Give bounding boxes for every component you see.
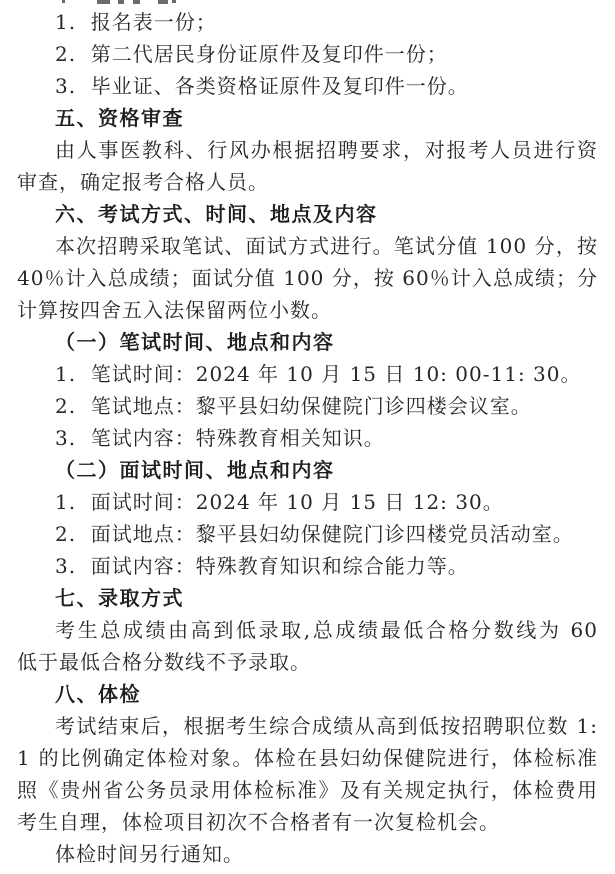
document-page: 1. 报名表一份； 2. 第二代居民身份证原件及复印件一份； 3. 毕业证、各类…	[0, 0, 615, 870]
para-physical-line-1: 考试结束后，根据考生综合成绩从高到低按招聘职位数 1:	[17, 710, 598, 742]
para-exam-line-2: 40％计入总成绩；面试分值 100 分，按 60％计入总成绩；分值	[17, 262, 598, 294]
interview-item-content: 3. 面试内容：特殊教育知识和综合能力等。	[55, 550, 598, 582]
written-exam-item-content: 3. 笔试内容：特殊教育相关知识。	[55, 422, 598, 454]
heading-exam-method: 六、考试方式、时间、地点及内容	[55, 198, 598, 230]
materials-item-3: 3. 毕业证、各类资格证原件及复印件一份。	[55, 70, 598, 102]
para-qualification-line-1: 由人事医教科、行风办根据招聘要求，对报考人员进行资格	[17, 134, 598, 166]
heading-physical-exam: 八、体检	[55, 678, 598, 710]
clipped-previous-line-fragment	[17, 0, 597, 4]
para-admission-line-2: 低于最低合格分数线不予录取。	[17, 646, 598, 678]
para-exam-line-3: 计算按四舍五入法保留两位小数。	[17, 294, 598, 326]
para-physical-line-3: 照《贵州省公务员录用体检标准》及有关规定执行，体检费用由	[17, 774, 598, 806]
heading-written-exam: （一）笔试时间、地点和内容	[55, 326, 598, 358]
para-qualification-line-2: 审查，确定报考合格人员。	[17, 166, 598, 198]
heading-qualification-review: 五、资格审查	[55, 102, 598, 134]
interview-item-time: 1. 面试时间：2024 年 10 月 15 日 12: 30。	[55, 486, 598, 518]
written-exam-item-time: 1. 笔试时间：2024 年 10 月 15 日 10: 00-11: 30。	[55, 358, 598, 390]
materials-item-1: 1. 报名表一份；	[55, 6, 598, 38]
para-physical-line-2: 1 的比例确定体检对象。体检在县妇幼保健院进行，体检标准参	[17, 742, 598, 774]
para-physical-line-4: 考生自理，体检项目初次不合格者有一次复检机会。	[17, 806, 598, 838]
para-admission-line-1: 考生总成绩由高到低录取,总成绩最低合格分数线为 60 分，	[17, 614, 598, 646]
interview-item-place: 2. 面试地点：黎平县妇幼保健院门诊四楼党员活动室。	[55, 518, 598, 550]
written-exam-item-place: 2. 笔试地点：黎平县妇幼保健院门诊四楼会议室。	[55, 390, 598, 422]
materials-item-2: 2. 第二代居民身份证原件及复印件一份；	[55, 38, 598, 70]
heading-interview: （二）面试时间、地点和内容	[55, 454, 598, 486]
para-exam-line-1: 本次招聘采取笔试、面试方式进行。笔试分值 100 分，按	[17, 230, 598, 262]
para-physical-notice: 体检时间另行通知。	[17, 838, 598, 870]
heading-admission: 七、录取方式	[55, 582, 598, 614]
